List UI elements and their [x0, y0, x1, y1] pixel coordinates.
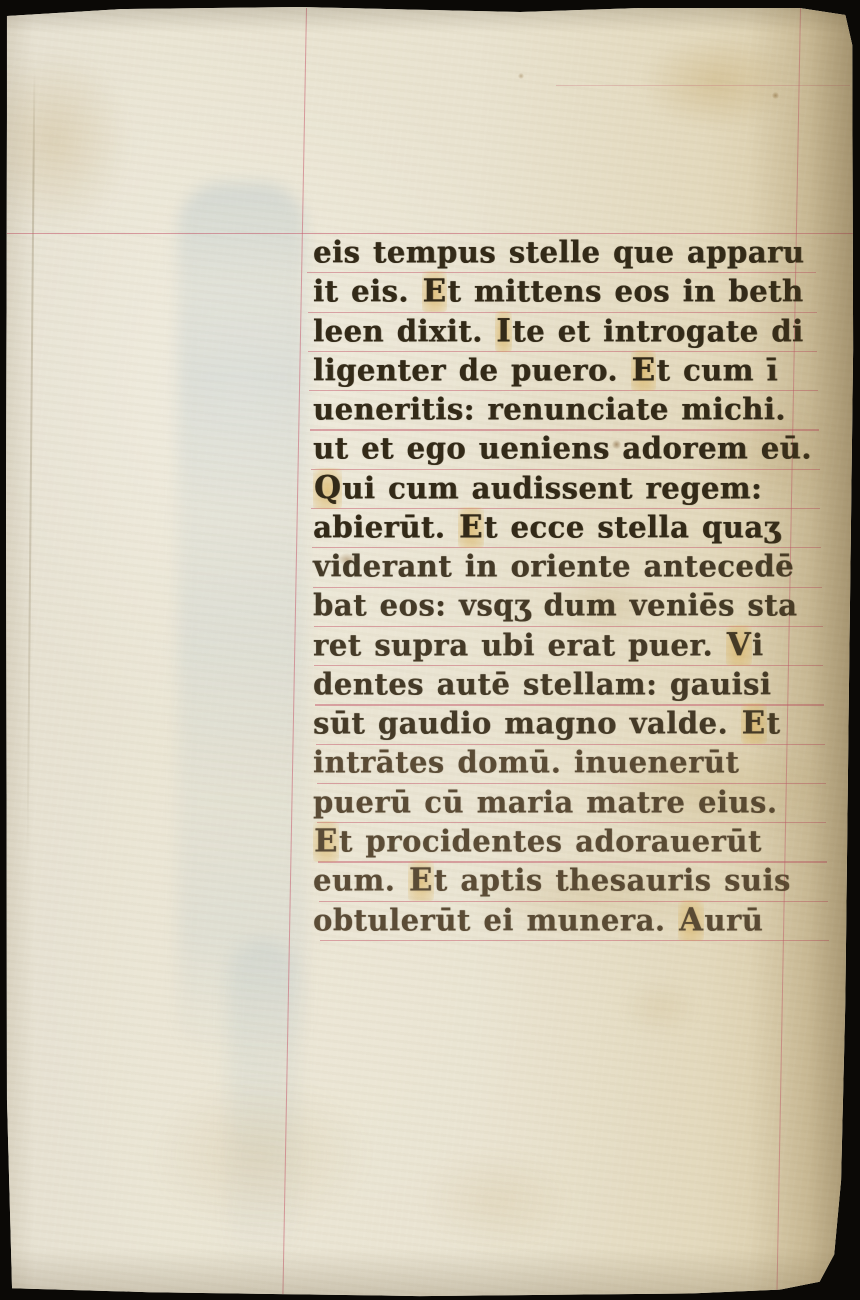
- stain: [518, 73, 524, 79]
- stain: [420, 1150, 570, 1250]
- gilded-capital: A: [678, 900, 704, 941]
- manuscript-page: eis tempus stelle que apparuit eis. Et m…: [0, 0, 860, 1300]
- scan-background: eis tempus stelle que apparuit eis. Et m…: [0, 0, 860, 1300]
- stain: [0, 50, 130, 230]
- manuscript-text-line: leen dixit. Ite et introgate di: [313, 311, 848, 352]
- text-segment: puerū cū maria matre eius.: [313, 784, 777, 819]
- manuscript-text-line: dentes autē stellam: gauisi: [313, 664, 848, 705]
- manuscript-text-line: viderant in oriente antecedē: [313, 546, 848, 587]
- text-segment: dentes autē stellam: gauisi: [313, 666, 771, 701]
- text-segment: t ecce stella quaʒ: [484, 509, 781, 544]
- ruling-horizontal-faint: [556, 85, 850, 86]
- gilded-capital: E: [458, 507, 484, 548]
- manuscript-text-line: puerū cū maria matre eius.: [313, 782, 848, 823]
- gutter-page-edge-seam: [27, 62, 35, 862]
- text-segment: eum.: [313, 863, 408, 898]
- stain: [640, 35, 790, 130]
- manuscript-text-line: eis tempus stelle que apparu: [313, 232, 848, 273]
- manuscript-text-line: obtulerūt ei munera. Aurū: [313, 900, 848, 941]
- manuscript-text-line: ligenter de puero. Et cum ī: [313, 350, 848, 391]
- manuscript-text-line: bat eos: vsqʒ dum veniēs sta: [313, 586, 848, 627]
- text-segment: intrātes domū. inuenerūt: [313, 745, 739, 780]
- text-segment: sūt gaudio magno valde.: [313, 705, 741, 740]
- text-segment: ueneritis: renunciate michi.: [313, 391, 786, 426]
- text-segment: ligenter de puero.: [313, 352, 631, 387]
- text-segment: urū: [704, 902, 763, 937]
- text-segment: te et introgate di: [512, 313, 803, 348]
- text-segment: t aptis thesauris suis: [434, 863, 791, 898]
- manuscript-text-line: sūt gaudio magno valde. Et: [313, 703, 848, 744]
- text-segment: leen dixit.: [313, 313, 495, 348]
- gilded-capital: V: [726, 625, 752, 666]
- ink-showthrough-ghost: [178, 183, 306, 1063]
- manuscript-text-line: intrātes domū. inuenerūt: [313, 743, 848, 784]
- stain: [620, 980, 700, 1035]
- manuscript-text-line: ret supra ubi erat puer. Vi: [313, 625, 848, 666]
- text-segment: t mittens eos in beth: [447, 274, 803, 309]
- gilded-capital: E: [741, 703, 767, 744]
- manuscript-text-line: Qui cum audissent regem:: [313, 468, 848, 509]
- manuscript-text-line: ueneritis: renunciate michi.: [313, 389, 848, 430]
- manuscript-text-line: Et procidentes adorauerūt: [313, 821, 848, 862]
- text-segment: t procidentes adorauerūt: [339, 823, 762, 858]
- gilded-capital: E: [422, 271, 448, 312]
- text-segment: t: [767, 705, 781, 740]
- manuscript-text-line: abierūt. Et ecce stella quaʒ: [313, 507, 848, 548]
- ruling-vertical-left: [282, 8, 307, 1296]
- text-segment: it eis.: [313, 274, 422, 309]
- gilded-capital: E: [313, 821, 339, 862]
- gilded-capital: E: [631, 350, 657, 391]
- stain: [150, 1080, 370, 1230]
- gilded-capital: E: [408, 860, 434, 901]
- manuscript-text-line: it eis. Et mittens eos in beth: [313, 271, 848, 312]
- text-segment: obtulerūt ei munera.: [313, 902, 678, 937]
- text-segment: viderant in oriente antecedē: [313, 548, 794, 583]
- stain: [772, 92, 779, 99]
- text-segment: ret supra ubi erat puer.: [313, 627, 726, 662]
- text-segment: ut et ego ueniens adorem eū.: [313, 431, 812, 466]
- text-segment: t cum ī: [656, 352, 778, 387]
- text-segment: i: [752, 627, 764, 662]
- text-segment: abierūt.: [313, 509, 458, 544]
- text-block: eis tempus stelle que apparuit eis. Et m…: [313, 233, 848, 940]
- manuscript-text-line: ut et ego ueniens adorem eū.: [313, 429, 848, 470]
- text-segment: ui cum audissent regem:: [342, 470, 762, 505]
- gilded-capital: Q: [313, 468, 342, 509]
- text-segment: bat eos: vsqʒ dum veniēs sta: [313, 588, 797, 623]
- manuscript-text-line: eum. Et aptis thesauris suis: [313, 860, 848, 901]
- text-segment: eis tempus stelle que apparu: [313, 234, 804, 269]
- gilded-capital: I: [495, 311, 512, 352]
